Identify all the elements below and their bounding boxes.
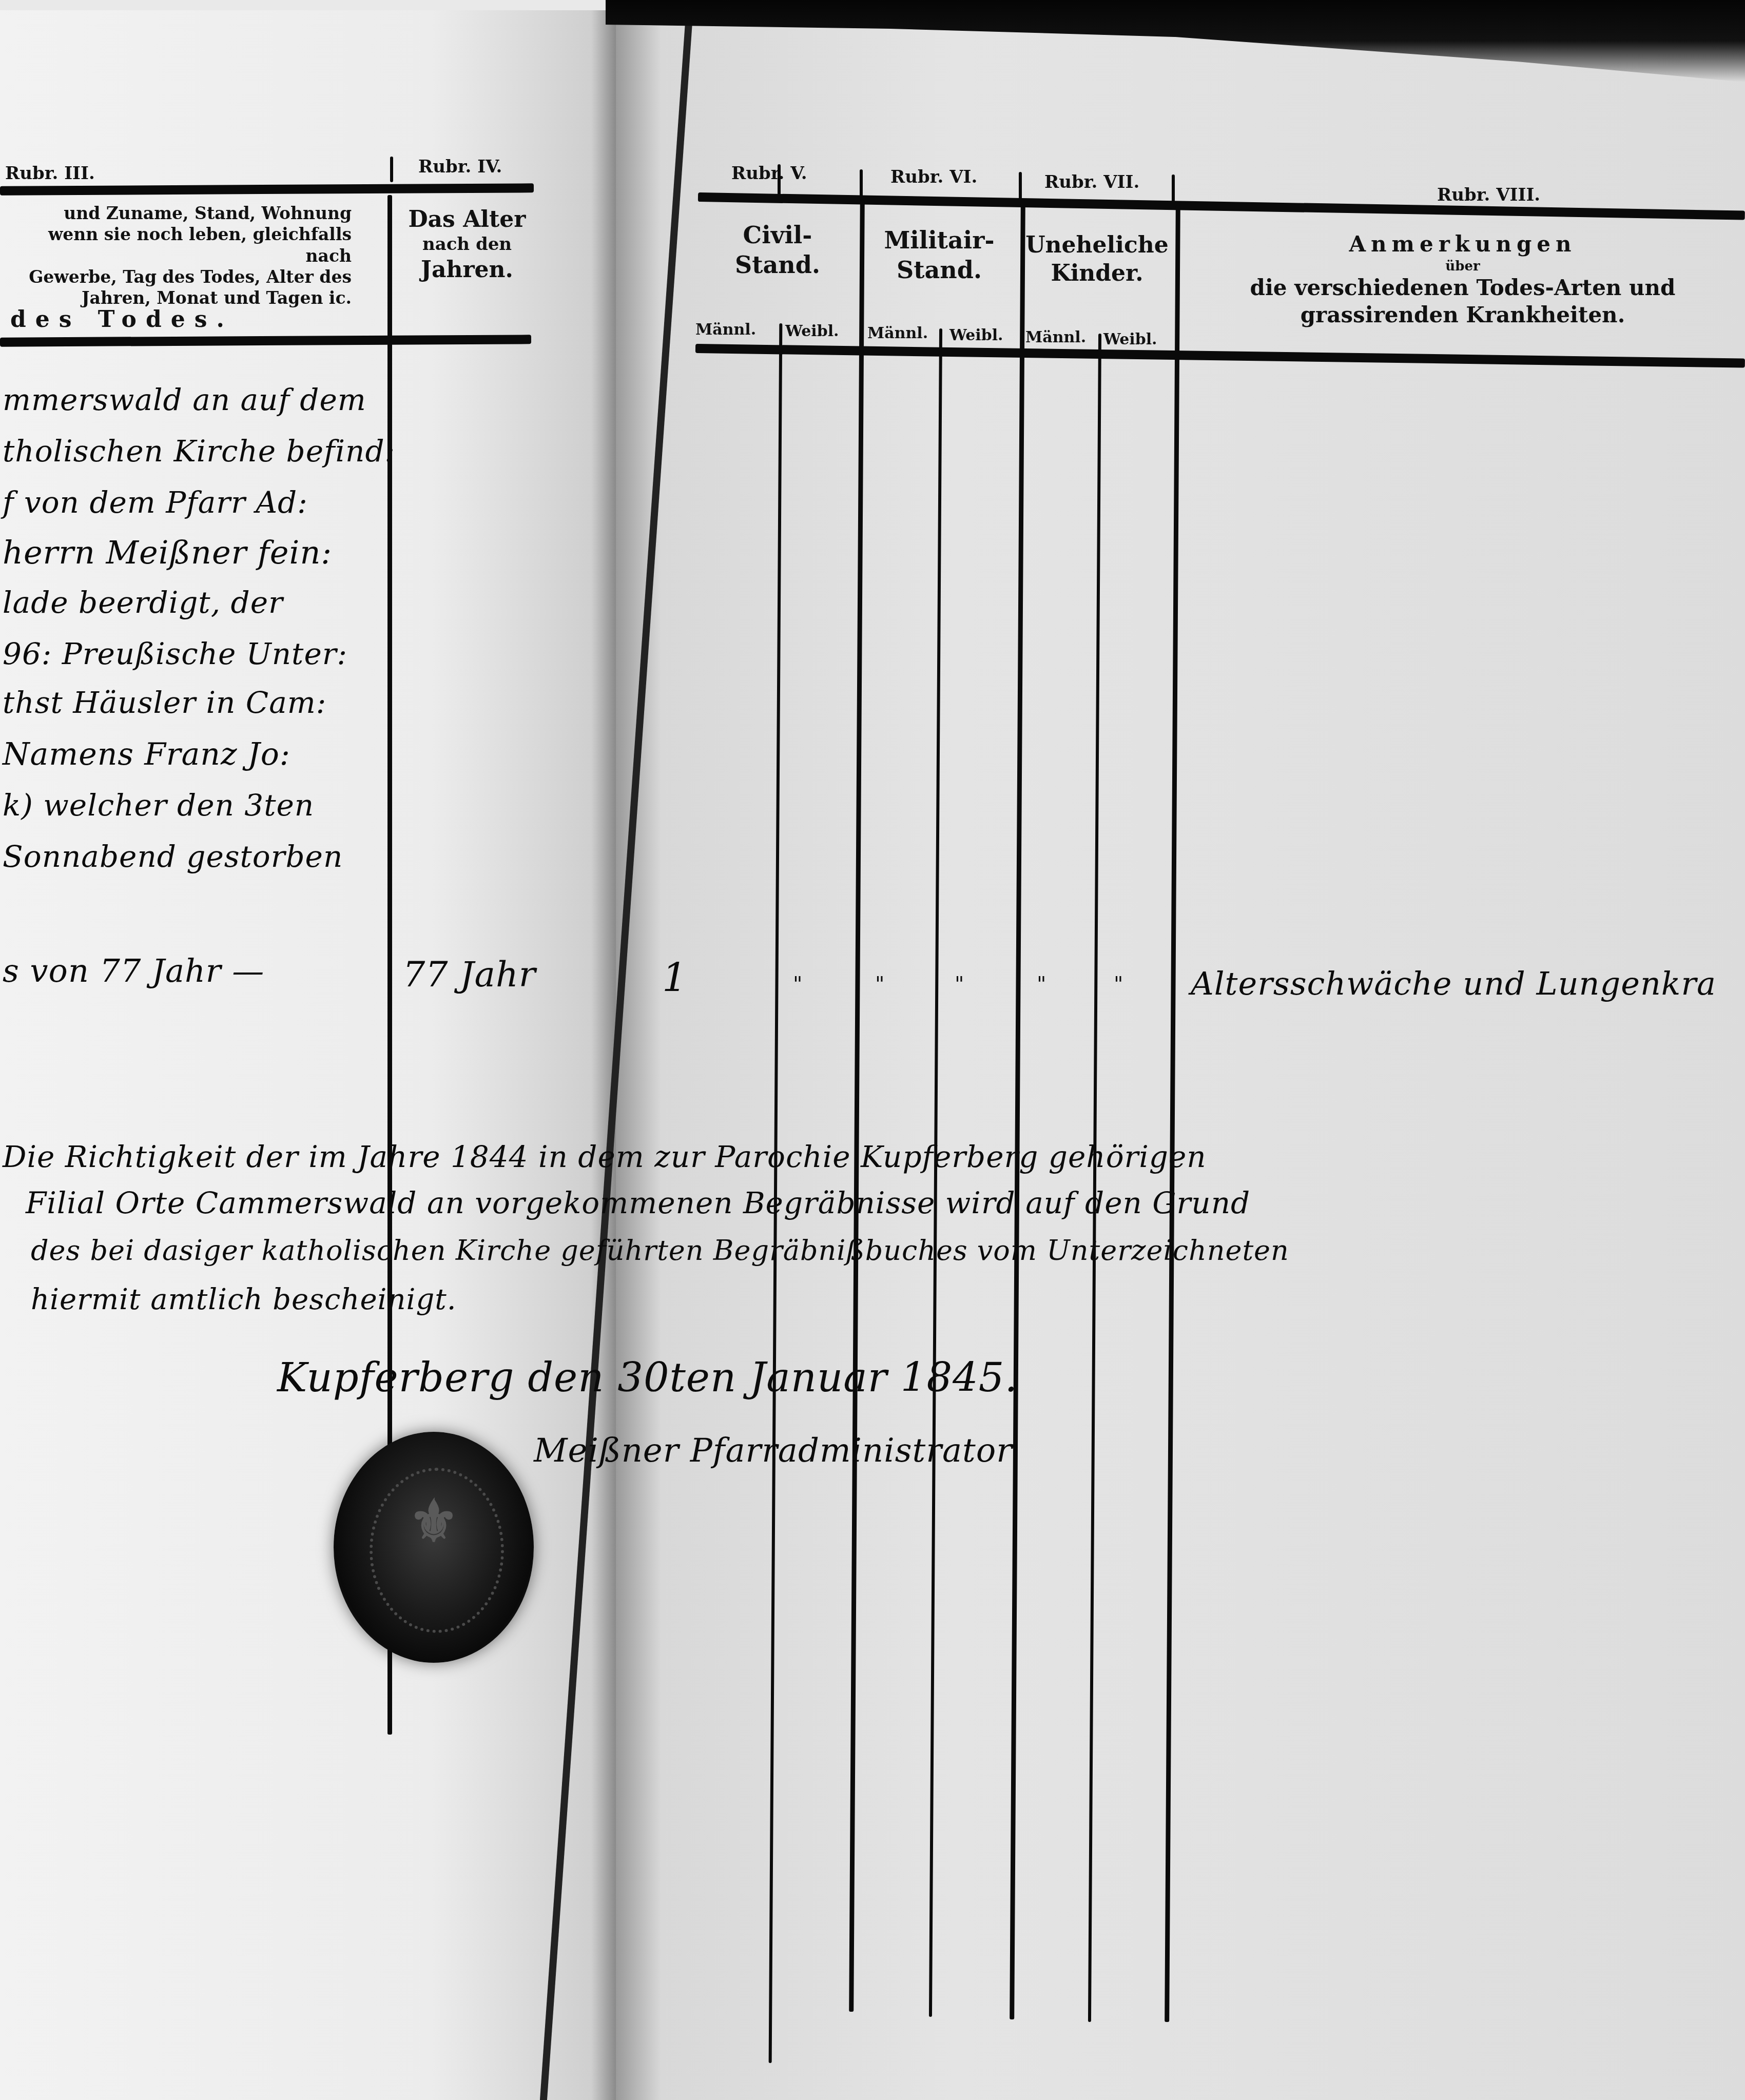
rubric-8-header-line: die verschiedenen Todes-Arten und — [1180, 275, 1745, 302]
entry-line: Namens Franz Jo: — [3, 736, 290, 772]
militair-weibl-header: Weibl. — [949, 326, 1003, 344]
rubric-3-header: und Zuname, Stand, Wohnung wenn sie noch… — [0, 203, 352, 308]
entry-line: lade beerdigt, der — [3, 585, 283, 620]
rubric-7-header-line: Uneheliche — [1021, 231, 1173, 259]
entry-line: thst Häusler in Cam: — [3, 685, 326, 720]
entry-line: Sonnabend gestorben — [3, 839, 343, 874]
certification-line: des bei dasiger katholischen Kirche gefü… — [31, 1234, 1289, 1267]
rubric-8-header: Anmerkungen über die verschiedenen Todes… — [1180, 231, 1745, 328]
rubric-8-label: Rubr. VIII. — [1437, 185, 1540, 205]
rubric-6-header: Militair- Stand. — [862, 226, 1016, 285]
entry-militair-maennl: " — [875, 973, 885, 996]
certification-signature: Meißner Pfarradministrator — [534, 1432, 1013, 1470]
militair-maennl-header: Männl. — [867, 324, 928, 342]
rubric-6-header-line: Militair- — [862, 226, 1016, 256]
certification-line: hiermit amtlich bescheinigt. — [31, 1283, 457, 1316]
entry-remarks: Altersschwäche und Lungenkra — [1191, 965, 1716, 1002]
rubric-5-header-line: Civil- — [701, 221, 855, 250]
entry-line: 96: Preußische Unter: — [3, 636, 347, 671]
rubric-3-label: Rubr. III. — [5, 163, 95, 184]
entry-militair-weibl: " — [955, 973, 964, 996]
civil-maennl-header: Männl. — [695, 321, 756, 339]
entry-line: herrn Meißner fein: — [3, 534, 332, 571]
rubric-6-header-line: Stand. — [862, 256, 1016, 285]
entry-line: s von 77 Jahr — — [3, 952, 264, 989]
unehel-maennl-header: Männl. — [1025, 328, 1086, 346]
rubric-4-header-line: Das Alter — [395, 205, 539, 234]
rubric-3-header-line: Gewerbe, Tag des Todes, Alter des — [0, 266, 352, 287]
rubric-6-label: Rubr. VI. — [890, 167, 977, 187]
rubric-divider — [778, 164, 781, 195]
rubric-3-header-line: und Zuname, Stand, Wohnung — [0, 203, 352, 224]
rubric-4-label: Rubr. IV. — [418, 157, 502, 177]
rubric-8-header-line: grassirenden Krankheiten. — [1180, 302, 1745, 329]
rubric-divider — [390, 157, 393, 182]
rubric-8-header-line: Anmerkungen — [1180, 231, 1745, 258]
rubric-4-header: Das Alter nach den Jahren. — [395, 205, 539, 284]
entry-line: k) welcher den 3ten — [3, 788, 314, 823]
entry-unehel-weibl: " — [1114, 973, 1123, 996]
rubric-3-header-footer: des Todes. — [10, 305, 234, 334]
rubric-4-header-line: Jahren. — [395, 256, 539, 284]
rubric-8-header-line: über — [1180, 258, 1745, 275]
entry-unehel-maennl: " — [1037, 973, 1046, 996]
certification-line: Die Richtigkeit der im Jahre 1844 in dem… — [3, 1139, 1207, 1174]
rubric-3-header-line: wenn sie noch leben, gleichfalls nach — [0, 224, 352, 266]
rubric-5-header-line: Stand. — [701, 250, 855, 280]
entry-civil-maennl: 1 — [662, 955, 687, 1000]
certification-line: Filial Orte Cammerswald an vorgekommenen… — [26, 1185, 1250, 1220]
certification-place-date: Kupferberg den 30ten Januar 1845. — [277, 1355, 1018, 1401]
entry-age: 77 Jahr — [403, 955, 536, 995]
wax-seal: ⚜ — [334, 1432, 534, 1663]
rubric-5-label: Rubr. V. — [731, 163, 807, 184]
seal-emblem-icon: ⚜ — [334, 1488, 534, 1554]
civil-weibl-header: Weibl. — [785, 322, 839, 340]
unehel-weibl-header: Weibl. — [1103, 330, 1157, 348]
entry-line: mmerswald an auf dem — [3, 382, 366, 417]
rubric-7-header: Uneheliche Kinder. — [1021, 231, 1173, 287]
entry-civil-weibl: " — [793, 973, 803, 996]
rubric-5-header: Civil- Stand. — [701, 221, 855, 280]
rubric-7-header-line: Kinder. — [1021, 259, 1173, 287]
entry-line: tholischen Kirche befind: — [3, 434, 395, 469]
rubric-7-label: Rubr. VII. — [1044, 172, 1139, 192]
rubric-4-header-line: nach den — [395, 234, 539, 256]
entry-line: f von dem Pfarr Ad: — [3, 485, 308, 520]
